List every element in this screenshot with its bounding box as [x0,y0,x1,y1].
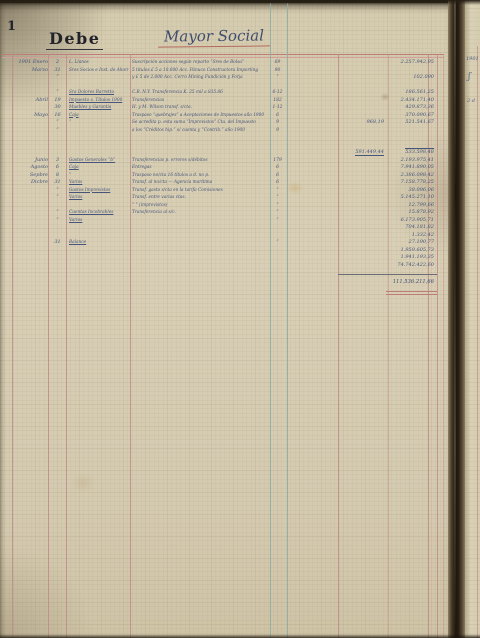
ledger-cell-account: Muebles y Garantía [69,104,129,111]
ledger-cell-folio: 9 [269,127,286,134]
ledger-cell-folio: 69 [269,59,286,66]
ledger-cell-day: “ [50,127,65,134]
ledger-cell-day: “ [50,194,65,201]
ledger-cell-amount: 429.873,36 [389,104,434,111]
ledger-cell-amount: 7.158.778,25 [389,179,434,186]
grand-total: 111.536.211,66 [389,279,434,285]
ledger-cell-amount: 1.959.605,73 [389,247,434,254]
ledger-cell-desc: C.B. N.Y. Transferencia K. 25 mil a 835.… [132,89,268,96]
ledger-cell-folio: “ [269,217,286,224]
ledger-scan: 1 Debe Mayor Social 1901 Enero 2 L. Llan… [0,0,480,638]
ledger-cell-day: 31 [50,239,65,246]
ledger-cell-amount: 1.941.193,35 [389,254,434,261]
facing-page-edge: 1901 E ʃ 2 d [465,0,480,638]
ledger-cell-month: Dicbre [10,179,48,186]
ledger-cell-partial: 591.449,44 [339,149,384,156]
ledger-cell-day: 31 [50,179,65,186]
ledger-cell-day: “ [50,187,65,194]
ledger-cell-day: 3 [50,157,65,164]
ledger-cell-amount: 38.096,06 [389,187,434,194]
facing-page-flourish: ʃ [468,72,470,82]
ledger-cell-month: Marzo [10,67,48,74]
ledger-cell-day: “ [50,217,65,224]
ledger-cell-desc: Se acredita p. esta suma “Imprevistos” C… [132,119,268,126]
ledger-cell-day: “ [50,119,65,126]
ledger-cell-amount: 27.190,77 [389,239,434,246]
ledger-cell-desc: Entregas [132,164,268,171]
ledger-cell-day: 8 [50,172,65,179]
ledger-cell-account: Varios [69,217,129,224]
ledger-cell-amount: 102.090 [389,74,434,81]
ledger-cell-folio: “ [269,194,286,201]
ledger-cell-folio: 179 [269,157,286,164]
book-binding [448,0,465,638]
total-rule-1 [386,291,437,292]
ledger-cell-account: Varios [69,194,129,201]
ledger-cell-account: “ [69,172,129,179]
ledger-cell-desc: Transferencia al s/c. [132,209,268,216]
ledger-cell-account: Impuesto s. Títulos 1900 [69,97,129,104]
ledger-cell-month: Mayo [10,112,48,119]
ledger-cell-amount: 2.257.942,95 [389,59,434,66]
ledger-cell-amount: 12.799,66 [389,202,434,209]
sum-rule [338,274,437,275]
ledger-cell-folio: 90 [269,67,286,74]
ledger-cell-desc: Traspaso no/cta 16 títulos a d. no p. [132,172,268,179]
ledger-cell-amount: 533.598,48 [389,149,434,156]
ledger-cell-amount: 370.090,67 [389,112,434,119]
ledger-cell-folio: 6 [269,172,286,179]
ledger-cell-folio: 9 [269,119,286,126]
ledger-cell-amount: 2.193.975,41 [389,157,434,164]
ledger-cell-month: Abril [10,97,48,104]
ledger-cell-amount: 74.742.422,60 [389,262,434,269]
ledger-cell-desc: Transf. al no/cta — Agencia marítima [132,179,268,186]
ledger-cell-desc: 5 títulos £ 5 a 10.000 Acc. Pánuco Const… [132,67,268,74]
ledger-cell-folio: “ [269,74,286,81]
ledger-cell-day: “ [50,89,65,96]
ledger-cell-day: 19 [50,97,65,104]
ledger-cell-folio: “ [269,187,286,194]
ledger-cell-folio: “ [269,202,286,209]
photo-bottom-shadow [0,634,480,638]
ledger-cell-month: 1901 Enero [10,59,48,66]
ledger-cell-account: “ [69,119,129,126]
ledger-cell-desc: y £ 5 de 2.000 Acc. Cerro Mining Fundici… [132,74,268,81]
ledger-cell-amount: 5.145.271,10 [389,194,434,201]
ledger-cell-account: Gastos Generales “b” [69,157,129,164]
ledger-cell-day: 31 [50,67,65,74]
ledger-cell-desc: Traspaso “quebrajes” a Aceptaciones de I… [132,112,268,119]
ledger-cell-folio: “ [269,239,286,246]
ledger-cell-account: Caja [69,112,129,119]
ledger-cell-account: Sra Dolores Barretto [69,89,129,96]
ledger-cell-desc: Transferencias [132,97,268,104]
ledger-cell-month: Sepbre [10,172,48,179]
facing-page-text: 1901 E [466,56,480,62]
ledger-cell-desc: H. y M. Wilson transf. s/cta. [132,104,268,111]
ledger-cell-amount: 6.173.905,71 [389,217,434,224]
ledger-cell-account: Varios [69,179,129,186]
ledger-cell-folio: 6 [269,179,286,186]
ledger-cell-account: Sres Socios e Inst. de Ahorros [69,67,129,74]
ledger-cell-amount: 186.561,25 [389,89,434,96]
ledger-cell-desc: Transf. gasto s/cta en la tarifa Comisio… [132,187,268,194]
ledger-cell-day: “ [50,209,65,216]
ledger-cell-amount: 2.434.171,40 [389,97,434,104]
ledger-cell-folio: 6 [269,164,286,171]
ledger-cell-amount: 7.941.890,05 [389,164,434,171]
total-rule-2 [386,294,437,295]
ledger-cell-folio: 6-12 [269,89,286,96]
ledger-page: 1 Debe Mayor Social 1901 Enero 2 L. Llan… [0,3,450,638]
ledger-cell-folio: “ [269,209,286,216]
ledger-cell-desc: a los “Créditos hip.” s/ cuenta y “Contr… [132,127,268,134]
ledger-cell-account: Caja [69,164,129,171]
ledger-cell-partial: 968,19 [339,119,384,126]
ledger-cell-account: Balance [69,239,129,246]
ledger-cell-month: Agosto [10,164,48,171]
ledger-cell-day: 6 [50,164,65,171]
ledger-cell-folio: 6 [269,112,286,119]
ledger-cell-desc: Transf. entre varias ctas. [132,194,268,201]
ledger-row: 74.742.422,60 [0,262,450,270]
ledger-cell-day: 16 [50,112,65,119]
ledger-cell-desc: “ “ (imprevistos) [132,202,268,209]
ledger-cell-account: Gastos Imprevistos [69,187,129,194]
ledger-cell-day: “ [50,74,65,81]
ledger-cell-amount: 1.332,42 [389,232,434,239]
facing-page-text-2: 2 d [467,98,475,104]
ledger-rows: 1901 Enero 2 L. Llanos Suscripción accio… [0,3,450,638]
ledger-cell-desc: Transferencias p. errores s/débitos [132,157,268,164]
ledger-cell-account: Cuentas Incobrables [69,209,129,216]
ledger-cell-day: 2 [50,59,65,66]
ledger-cell-folio: 182 [269,97,286,104]
ledger-cell-amount: 704.181,82 [389,224,434,231]
ledger-cell-amount: 15.878,92 [389,209,434,216]
ledger-cell-desc: Suscripción acciones según reparto “Sres… [132,59,268,66]
photo-top-shadow [0,0,480,5]
ledger-cell-day: 30 [50,104,65,111]
ledger-cell-amount: 2.386.098,42 [389,172,434,179]
ledger-cell-account: L. Llanos [69,59,129,66]
ledger-cell-month: Junio [10,157,48,164]
ledger-cell-folio: 1-12 [269,104,286,111]
ledger-cell-amount: 521.541,67 [389,119,434,126]
facing-page-rule [477,46,478,638]
